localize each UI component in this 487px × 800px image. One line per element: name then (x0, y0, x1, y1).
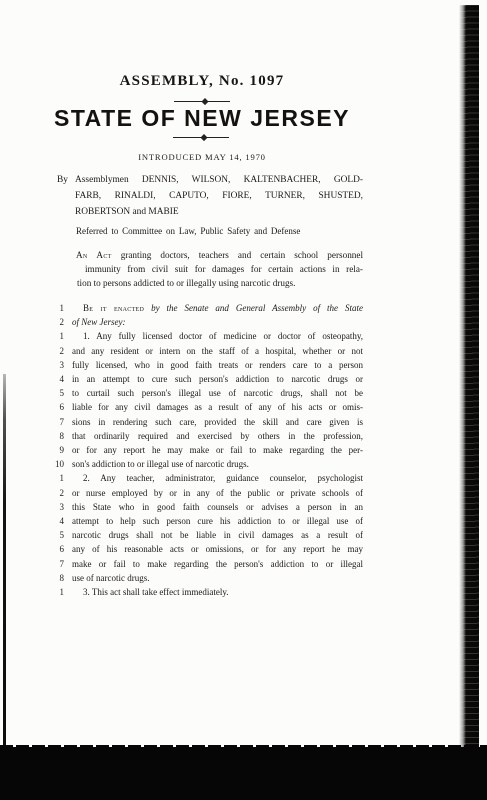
body-line: 9or for any report he may make or fail t… (44, 443, 374, 457)
body-line: 4attempt to help such person cure his ad… (44, 514, 374, 528)
ornament-rule-top (174, 98, 230, 105)
scanned-bill-page: ASSEMBLY, No. 1097 STATE OF NEW JERSEY I… (0, 0, 487, 800)
line-text: Be it enacted by the Senate and General … (72, 301, 363, 315)
line-number: 4 (44, 372, 72, 386)
line-number: 7 (44, 557, 72, 571)
introduced-date-line: INTRODUCED MAY 14, 1970 (0, 152, 404, 162)
line-number: 6 (44, 400, 72, 414)
body-line: 8use of narcotic drugs. (44, 571, 374, 585)
line-number: 1 (44, 471, 72, 485)
line-text: liable for any civil damages as a result… (72, 400, 363, 414)
line-number: 2 (44, 315, 72, 329)
line-text: and any resident or intern on the staff … (72, 344, 363, 358)
scan-artifact-bottom-band (0, 747, 487, 800)
line-text: to curtail such person's illegal use of … (72, 386, 363, 400)
line-text: 1. Any fully licensed doctor of medicine… (72, 329, 363, 343)
body-line: 6liable for any civil damages as a resul… (44, 400, 374, 414)
line-number: 5 (44, 386, 72, 400)
line-number: 10 (44, 457, 72, 471)
line-number: 9 (44, 443, 72, 457)
body-line: 4in an attempt to cure such person's add… (44, 372, 374, 386)
line-text: that ordinarily required and exercised b… (72, 429, 363, 443)
line-text: fully licensed, who in good faith treats… (72, 358, 363, 372)
sponsor-line: ByAssemblymen DENNIS, WILSON, KALTENBACH… (57, 172, 363, 188)
line-number: 3 (44, 358, 72, 372)
committee-referral-line: Referred to Committee on Law, Public Saf… (76, 226, 363, 236)
sponsor-line: ROBERTSON and MABIE (57, 204, 363, 220)
sponsor-line: FARB, RINALDI, CAPUTO, FIORE, TURNER, SH… (57, 188, 363, 204)
line-text: of New Jersey: (72, 315, 363, 329)
body-line: 7sions in rendering such care, provided … (44, 415, 374, 429)
line-text: this State who in good faith counsels or… (72, 500, 363, 514)
synopsis-block: An Act granting doctors, teachers and ce… (76, 249, 363, 290)
body-line: 12. Any teacher, administrator, guidance… (44, 471, 374, 485)
line-number: 6 (44, 542, 72, 556)
body-line: 3this State who in good faith counsels o… (44, 500, 374, 514)
ornament-rule-bottom (173, 134, 229, 141)
body-line: 2and any resident or intern on the staff… (44, 344, 374, 358)
synopsis-line: tion to persons addicted to or illegally… (76, 277, 363, 291)
body-line: 8that ordinarily required and exercised … (44, 429, 374, 443)
body-line: 7make or fail to make regarding the pers… (44, 557, 374, 571)
line-text: use of narcotic drugs. (72, 571, 363, 585)
body-line: 6any of his reasonable acts or omissions… (44, 542, 374, 556)
body-line: 2of New Jersey: (44, 315, 374, 329)
enacting-clause-lead: Be it enacted (83, 303, 144, 313)
synopsis-line: An Act granting doctors, teachers and ce… (76, 249, 363, 263)
body-line: 5narcotic drugs shall not be liable in c… (44, 528, 374, 542)
line-text: attempt to help such person cure his add… (72, 514, 363, 528)
line-text: narcotic drugs shall not be liable in ci… (72, 528, 363, 542)
bill-number-heading: ASSEMBLY, No. 1097 (0, 73, 404, 90)
line-text: or for any report he may make or fail to… (72, 443, 363, 457)
line-text: son's addiction to or illegal use of nar… (72, 457, 363, 471)
page-title: STATE OF NEW JERSEY (0, 105, 404, 132)
synopsis-line: immunity from civil suit for damages for… (76, 263, 363, 277)
line-text: in an attempt to cure such person's addi… (72, 372, 363, 386)
body-lines: 1Be it enacted by the Senate and General… (44, 301, 374, 599)
body-line: 13. This act shall take effect immediate… (44, 585, 374, 599)
synopsis-lead: An Act (76, 250, 112, 260)
scan-artifact-left-fold-line (3, 374, 6, 750)
body-line: 10son's addiction to or illegal use of n… (44, 457, 374, 471)
body-line: 3fully licensed, who in good faith treat… (44, 358, 374, 372)
line-text: or nurse employed by or in any of the pu… (72, 486, 363, 500)
body-line: 1Be it enacted by the Senate and General… (44, 301, 374, 315)
line-number: 7 (44, 415, 72, 429)
line-number: 1 (44, 585, 72, 599)
line-text: make or fail to make regarding the perso… (72, 557, 363, 571)
sponsors-block: ByAssemblymen DENNIS, WILSON, KALTENBACH… (57, 172, 363, 220)
sponsor-prefix: By (57, 172, 75, 188)
line-text: sions in rendering such care, provided t… (72, 415, 363, 429)
line-number: 2 (44, 344, 72, 358)
line-number: 5 (44, 528, 72, 542)
line-number: 4 (44, 514, 72, 528)
line-text: 3. This act shall take effect immediatel… (72, 585, 363, 599)
line-number: 1 (44, 329, 72, 343)
line-number: 8 (44, 429, 72, 443)
line-number: 1 (44, 301, 72, 315)
body-line: 5to curtail such person's illegal use of… (44, 386, 374, 400)
body-line: 11. Any fully licensed doctor of medicin… (44, 329, 374, 343)
line-text: any of his reasonable acts or omissions,… (72, 542, 363, 556)
body-line: 2or nurse employed by or in any of the p… (44, 486, 374, 500)
scan-artifact-right-binding (459, 5, 479, 750)
line-number: 3 (44, 500, 72, 514)
line-number: 2 (44, 486, 72, 500)
line-number: 8 (44, 571, 72, 585)
line-text: 2. Any teacher, administrator, guidance … (72, 471, 363, 485)
